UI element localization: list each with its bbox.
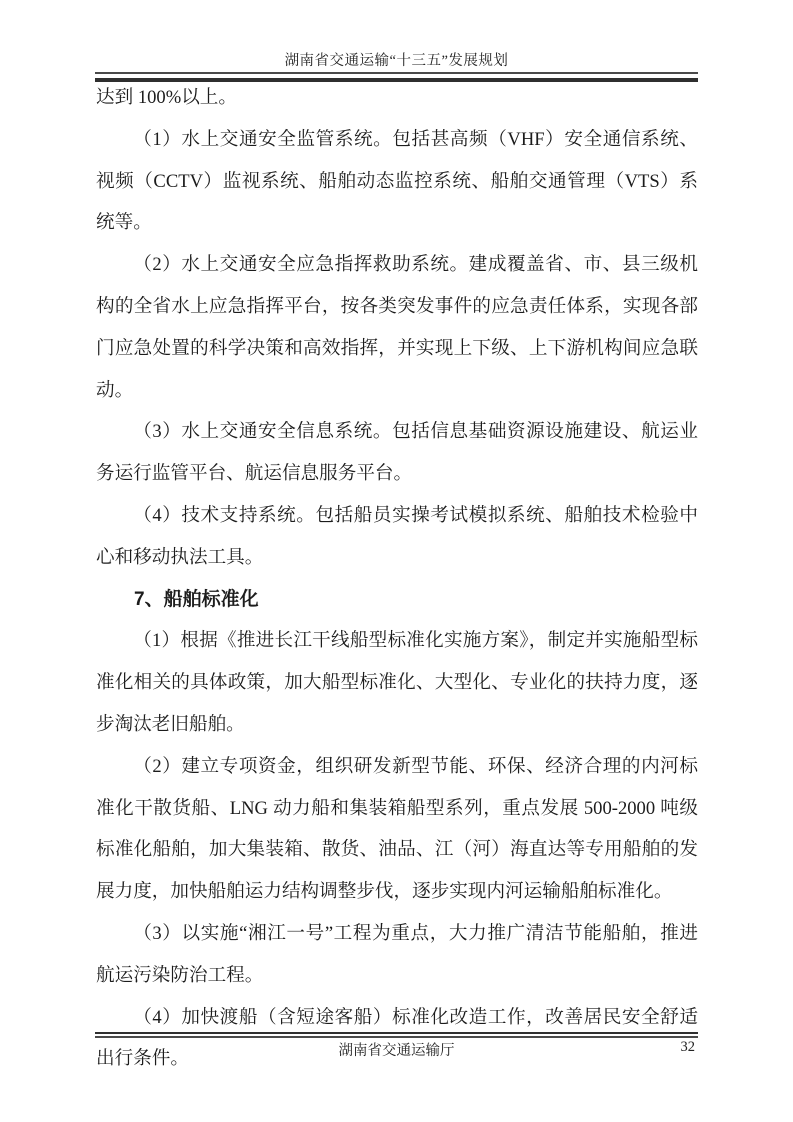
paragraph-continuation: 达到 100%以上。: [96, 77, 698, 119]
paragraph: （1）水上交通安全监管系统。包括甚高频（VHF）安全通信系统、视频（CCTV）监…: [96, 119, 698, 244]
paragraph: （2）水上交通安全应急指挥救助系统。建成覆盖省、市、县三级机构的全省水上应急指挥…: [96, 244, 698, 411]
paragraph: （2）建立专项资金，组织研发新型节能、环保、经济合理的内河标准化干散货船、LNG…: [96, 746, 698, 913]
paragraph: （4）技术支持系统。包括船员实操考试模拟系统、船舶技术检验中心和移动执法工具。: [96, 495, 698, 579]
section-heading: 7、船舶标准化: [96, 579, 698, 621]
paragraph: （1）根据《推进长江干线船型标准化实施方案》，制定并实施船型标准化相关的具体政策…: [96, 620, 698, 745]
footer-rule-top: [95, 1032, 698, 1034]
document-body: 达到 100%以上。 （1）水上交通安全监管系统。包括甚高频（VHF）安全通信系…: [96, 77, 698, 1080]
paragraph: （3）以实施“湘江一号”工程为重点，大力推广清洁节能船舶，推进航运污染防治工程。: [96, 913, 698, 997]
document-page: 湖南省交通运输“十三五”发展规划 达到 100%以上。 （1）水上交通安全监管系…: [0, 0, 793, 1122]
header-rule-thin: [95, 72, 698, 74]
header-title: 湖南省交通运输“十三五”发展规划: [0, 49, 793, 70]
footer-rule-bottom: [95, 1036, 698, 1038]
page-number: 32: [681, 1039, 696, 1056]
paragraph: （3）水上交通安全信息系统。包括信息基础资源设施建设、航运业务运行监管平台、航运…: [96, 411, 698, 495]
footer-organization: 湖南省交通运输厅: [0, 1039, 793, 1060]
